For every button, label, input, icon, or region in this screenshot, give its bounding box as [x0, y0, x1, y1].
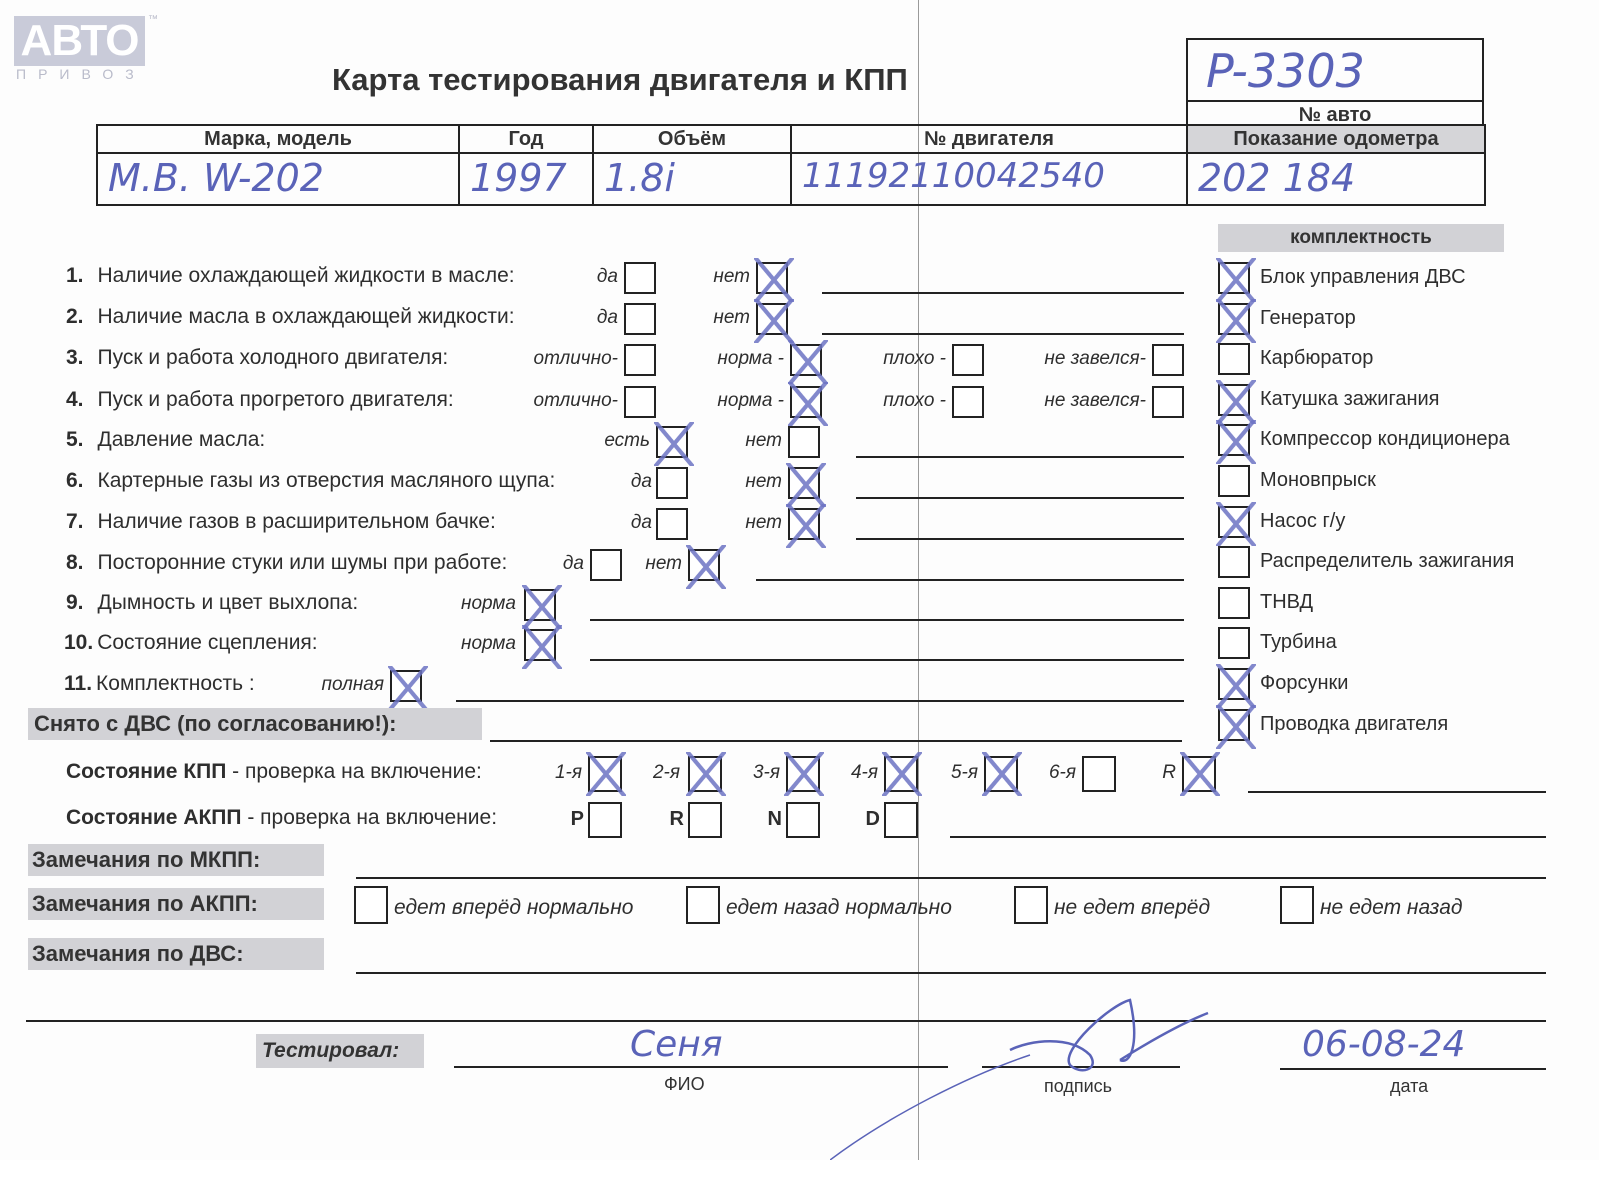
- akpp-mode-label: D: [866, 808, 880, 831]
- question-6-note-line[interactable]: [856, 497, 1184, 499]
- header-value-odometer: 202 184: [1198, 156, 1355, 200]
- question-number: 4.: [66, 388, 84, 411]
- question-number: 7.: [66, 510, 84, 533]
- question-number: 5.: [66, 428, 84, 451]
- question-7-option-2-checkbox[interactable]: [788, 508, 820, 540]
- question-8-note-line[interactable]: [756, 579, 1184, 581]
- question-4-option-3-checkbox[interactable]: [952, 386, 984, 418]
- header-col-engine-number: № двигателя: [790, 124, 1188, 154]
- komplektnost-checkbox-10[interactable]: [1218, 627, 1250, 659]
- kpp-label: Состояние КПП - проверка на включение:: [66, 760, 482, 784]
- gear-label: 4-я: [851, 762, 878, 784]
- option-label: нет: [745, 512, 782, 534]
- akpp-mode-label: P: [571, 808, 584, 831]
- gear-label: 1-я: [555, 762, 582, 784]
- question-1-note-line[interactable]: [822, 292, 1184, 294]
- header-field-volume[interactable]: 1.8i: [592, 152, 792, 206]
- logo-subtitle: ПРИВОЗ: [16, 66, 146, 82]
- date-value: 06-08-24: [1302, 1024, 1465, 1065]
- question-number: 9.: [66, 591, 84, 614]
- komplektnost-checkbox-2[interactable]: [1218, 303, 1250, 335]
- removed-input-line[interactable]: [490, 740, 1182, 742]
- akpp-label-bold: Состояние АКПП: [66, 806, 242, 829]
- tested-label: Тестировал:: [256, 1034, 424, 1068]
- gear-checkbox-7[interactable]: [1182, 756, 1216, 792]
- option-label: да: [631, 471, 652, 493]
- question-5: 5.Давление масла:: [66, 428, 265, 452]
- komplektnost-checkbox-4[interactable]: [1218, 384, 1250, 416]
- question-5-option-2-checkbox[interactable]: [788, 426, 820, 458]
- komplektnost-item-label: Катушка зажигания: [1260, 388, 1440, 411]
- question-number: 11.: [64, 672, 92, 695]
- question-9-note-line[interactable]: [590, 619, 1184, 621]
- removed-label: Снято с ДВС (по согласованию!):: [28, 708, 482, 740]
- komplektnost-item-label: Турбина: [1260, 631, 1337, 654]
- signature-scribble-icon: [830, 995, 1210, 1165]
- question-1-option-2-checkbox[interactable]: [756, 262, 788, 294]
- remarks-mkpp-line[interactable]: [356, 877, 1546, 879]
- gear-checkbox-6[interactable]: [1082, 756, 1116, 792]
- question-11: 11.Комплектность :: [64, 672, 255, 696]
- question-text: Пуск и работа прогретого двигателя:: [98, 388, 454, 411]
- komplektnost-checkbox-9[interactable]: [1218, 587, 1250, 619]
- option-label: плохо -: [883, 348, 946, 370]
- gear-label: R: [1162, 762, 1176, 784]
- header-field-odometer[interactable]: 202 184: [1186, 152, 1486, 206]
- question-text: Состояние сцепления:: [97, 631, 317, 654]
- komplektnost-item-label: Карбюратор: [1260, 347, 1373, 370]
- option-label: норма: [461, 593, 516, 615]
- akpp-mode-checkbox-3[interactable]: [786, 802, 820, 838]
- akpp-label: Состояние АКПП - проверка на включение:: [66, 806, 497, 830]
- komplektnost-item-label: Проводка двигателя: [1260, 713, 1448, 736]
- question-8-option-2-checkbox[interactable]: [688, 549, 720, 581]
- option-label: норма -: [717, 390, 784, 412]
- option-label: нет: [713, 266, 750, 288]
- komplektnost-item-label: Генератор: [1260, 307, 1356, 330]
- signature-caption: подпись: [1044, 1076, 1112, 1097]
- question-3-option-1-checkbox[interactable]: [624, 344, 656, 376]
- komplektnost-item-label: Блок управления ДВС: [1260, 266, 1466, 289]
- question-6: 6.Картерные газы из отверстия масляного …: [66, 469, 555, 493]
- header-field-engine-number[interactable]: 11192110042540: [790, 152, 1188, 206]
- komplektnost-checkbox-11[interactable]: [1218, 668, 1250, 700]
- question-text: Комплектность :: [96, 672, 255, 695]
- question-8: 8.Посторонние стуки или шумы при работе:: [66, 551, 507, 575]
- komplektnost-checkbox-12[interactable]: [1218, 709, 1250, 741]
- header-col-year: Год: [458, 124, 594, 154]
- question-text: Давление масла:: [98, 428, 266, 451]
- option-label: не завелся-: [1044, 390, 1146, 412]
- komplektnost-checkbox-7[interactable]: [1218, 506, 1250, 538]
- akpp-remark-checkbox-2[interactable]: [686, 886, 720, 924]
- question-6-option-1-checkbox[interactable]: [656, 467, 688, 499]
- car-number-field[interactable]: P-3303: [1186, 38, 1484, 102]
- fio-caption: ФИО: [664, 1074, 705, 1095]
- akpp-mode-checkbox-4[interactable]: [884, 802, 918, 838]
- question-5-option-1-checkbox[interactable]: [656, 426, 688, 458]
- akpp-mode-label: N: [768, 808, 782, 831]
- option-label: плохо -: [883, 390, 946, 412]
- option-label: да: [597, 266, 618, 288]
- akpp-remark-checkbox-1[interactable]: [354, 886, 388, 924]
- akpp-mode-checkbox-1[interactable]: [588, 802, 622, 838]
- header-field-model[interactable]: M.B. W-202: [96, 152, 460, 206]
- question-number: 8.: [66, 551, 84, 574]
- question-10: 10.Состояние сцепления:: [64, 631, 318, 655]
- komplektnost-item-label: Распределитель зажигания: [1260, 550, 1514, 573]
- komplektnost-item-label: ТНВД: [1260, 591, 1313, 614]
- date-caption: дата: [1390, 1076, 1428, 1097]
- header-col-odometer: Показание одометра: [1186, 124, 1486, 154]
- question-text: Наличие газов в расширительном бачке:: [98, 510, 496, 533]
- gear-label: 6-я: [1049, 762, 1076, 784]
- komplektnost-item-label: Форсунки: [1260, 672, 1348, 695]
- header-field-year[interactable]: 1997: [458, 152, 594, 206]
- logo-trademark: ™: [148, 14, 158, 25]
- question-2-option-1-checkbox[interactable]: [624, 303, 656, 335]
- header-value-model: M.B. W-202: [108, 156, 324, 200]
- question-7: 7.Наличие газов в расширительном бачке:: [66, 510, 496, 534]
- komplektnost-checkbox-3[interactable]: [1218, 343, 1250, 375]
- question-1: 1.Наличие охлаждающей жидкости в масле:: [66, 264, 515, 288]
- question-9: 9.Дымность и цвет выхлопа:: [66, 591, 358, 615]
- gear-label: 3-я: [753, 762, 780, 784]
- header-value-volume: 1.8i: [604, 156, 675, 200]
- komplektnost-title: комплектность: [1218, 224, 1504, 252]
- option-label: нет: [745, 430, 782, 452]
- header-col-volume: Объём: [592, 124, 792, 154]
- question-8-option-1-checkbox[interactable]: [590, 549, 622, 581]
- question-text: Дымность и цвет выхлопа:: [98, 591, 359, 614]
- header-col-model: Марка, модель: [96, 124, 460, 154]
- fio-value: Сеня: [630, 1024, 722, 1065]
- question-9-option-1-checkbox[interactable]: [524, 589, 556, 621]
- akpp-remark-checkbox-3[interactable]: [1014, 886, 1048, 924]
- komplektnost-checkbox-1[interactable]: [1218, 262, 1250, 294]
- question-11-note-line[interactable]: [456, 700, 1184, 702]
- komplektnost-item-label: Насос г/у: [1260, 510, 1345, 533]
- question-number: 2.: [66, 305, 84, 328]
- option-label: полная: [322, 674, 385, 696]
- question-number: 10.: [64, 631, 93, 654]
- option-label: есть: [604, 430, 650, 452]
- remarks-dvs-label: Замечания по ДВС:: [28, 938, 324, 970]
- remarks-akpp-label: Замечания по АКПП:: [28, 888, 324, 920]
- kpp-label-bold: Состояние КПП: [66, 760, 226, 783]
- option-label: да: [631, 512, 652, 534]
- question-text: Пуск и работа холодного двигателя:: [98, 346, 449, 369]
- option-label: да: [597, 307, 618, 329]
- komplektnost-checkbox-6[interactable]: [1218, 465, 1250, 497]
- akpp-remark-label: едет назад нормально: [726, 896, 952, 920]
- option-label: нет: [713, 307, 750, 329]
- question-1-option-1-checkbox[interactable]: [624, 262, 656, 294]
- option-label: отлично-: [534, 390, 618, 412]
- question-3-option-4-checkbox[interactable]: [1152, 344, 1184, 376]
- question-6-option-2-checkbox[interactable]: [788, 467, 820, 499]
- kpp-note-line[interactable]: [1248, 791, 1546, 793]
- question-number: 6.: [66, 469, 84, 492]
- remarks-dvs-line-2[interactable]: [26, 1020, 1546, 1022]
- question-number: 3.: [66, 346, 84, 369]
- option-label: отлично-: [534, 348, 618, 370]
- question-4: 4.Пуск и работа прогретого двигателя:: [66, 388, 454, 412]
- akpp-remark-label: не едет назад: [1320, 896, 1462, 920]
- gear-label: 5-я: [951, 762, 978, 784]
- question-2-option-2-checkbox[interactable]: [756, 303, 788, 335]
- page-title: Карта тестирования двигателя и КПП: [332, 62, 908, 98]
- question-10-note-line[interactable]: [590, 659, 1184, 661]
- logo: АВТО: [14, 16, 145, 66]
- option-label: нет: [645, 553, 682, 575]
- question-11-option-1-checkbox[interactable]: [390, 670, 422, 702]
- komplektnost-item-label: Компрессор кондиционера: [1260, 428, 1510, 451]
- question-3-option-3-checkbox[interactable]: [952, 344, 984, 376]
- question-text: Картерные газы из отверстия масляного щу…: [98, 469, 556, 492]
- komplektnost-item-label: Моновпрыск: [1260, 469, 1376, 492]
- akpp-label-rest: - проверка на включение:: [242, 806, 498, 829]
- akpp-mode-checkbox-2[interactable]: [688, 802, 722, 838]
- question-4-option-2-checkbox[interactable]: [790, 386, 822, 418]
- gear-checkbox-5[interactable]: [984, 756, 1018, 792]
- gear-label: 2-я: [653, 762, 680, 784]
- gear-checkbox-2[interactable]: [688, 756, 722, 792]
- komplektnost-checkbox-8[interactable]: [1218, 546, 1250, 578]
- question-4-option-1-checkbox[interactable]: [624, 386, 656, 418]
- remarks-mkpp-label: Замечания по МКПП:: [28, 844, 324, 876]
- akpp-note-line[interactable]: [950, 836, 1546, 838]
- option-label: норма -: [717, 348, 784, 370]
- question-text: Посторонние стуки или шумы при работе:: [98, 551, 508, 574]
- header-value-year: 1997: [470, 156, 567, 200]
- question-number: 1.: [66, 264, 84, 287]
- akpp-mode-label: R: [670, 808, 684, 831]
- question-4-option-4-checkbox[interactable]: [1152, 386, 1184, 418]
- gear-checkbox-4[interactable]: [884, 756, 918, 792]
- question-text: Наличие масла в охлаждающей жидкости:: [98, 305, 515, 328]
- question-3-option-2-checkbox[interactable]: [790, 344, 822, 376]
- kpp-label-rest: - проверка на включение:: [226, 760, 482, 783]
- car-number-value: P-3303: [1206, 44, 1365, 98]
- gear-checkbox-1[interactable]: [588, 756, 622, 792]
- komplektnost-checkbox-5[interactable]: [1218, 424, 1250, 456]
- question-2-note-line[interactable]: [822, 333, 1184, 335]
- akpp-remark-label: не едет вперёд: [1054, 896, 1210, 920]
- gear-checkbox-3[interactable]: [786, 756, 820, 792]
- question-text: Наличие охлаждающей жидкости в масле:: [98, 264, 515, 287]
- question-5-note-line[interactable]: [856, 456, 1184, 458]
- question-3: 3.Пуск и работа холодного двигателя:: [66, 346, 448, 370]
- option-label: да: [563, 553, 584, 575]
- header-value-engine-number: 11192110042540: [802, 156, 1105, 196]
- option-label: норма: [461, 633, 516, 655]
- question-7-option-1-checkbox[interactable]: [656, 508, 688, 540]
- question-2: 2.Наличие масла в охлаждающей жидкости:: [66, 305, 515, 329]
- date-line[interactable]: [1280, 1068, 1546, 1070]
- akpp-remark-checkbox-4[interactable]: [1280, 886, 1314, 924]
- option-label: нет: [745, 471, 782, 493]
- option-label: не завелся-: [1044, 348, 1146, 370]
- remarks-dvs-line[interactable]: [356, 972, 1546, 974]
- question-10-option-1-checkbox[interactable]: [524, 629, 556, 661]
- question-7-note-line[interactable]: [856, 538, 1184, 540]
- scan-bottom-margin: [0, 1160, 1599, 1200]
- akpp-remark-label: едет вперёд нормально: [394, 896, 633, 920]
